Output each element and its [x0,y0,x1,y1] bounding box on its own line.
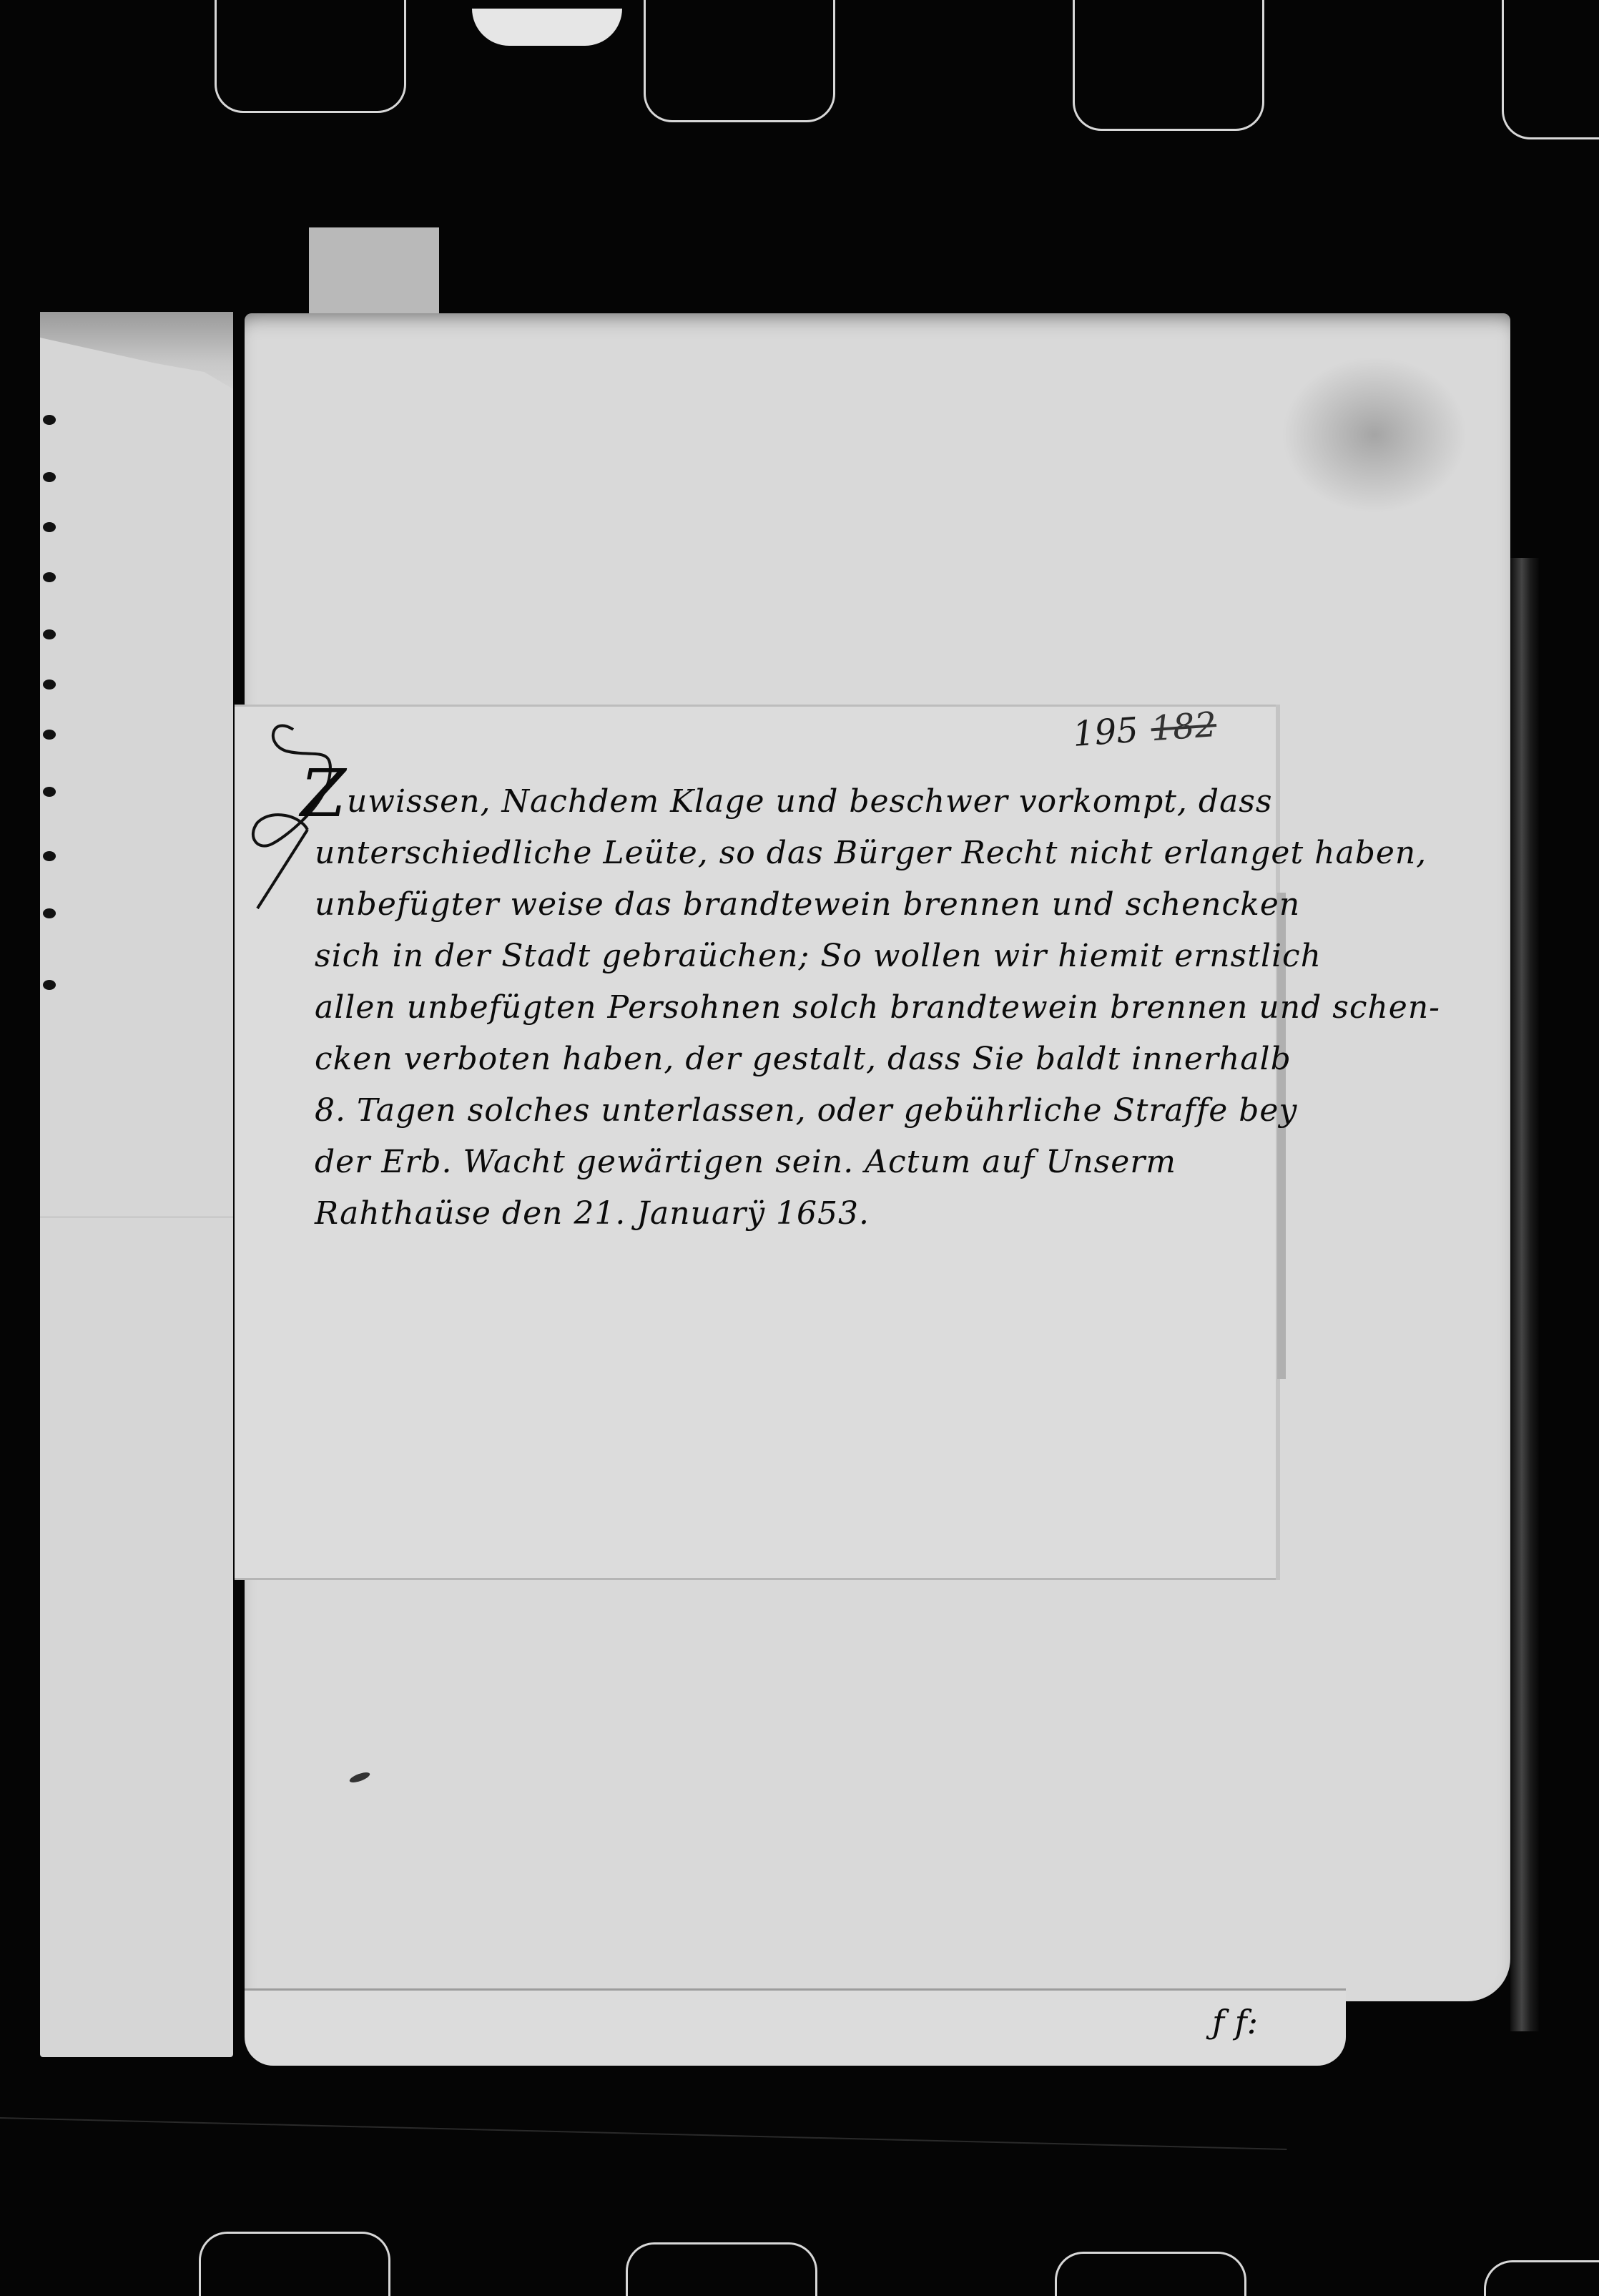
text-line-1: Zuwissen, Nachdem Klage und beschwer vor… [300,776,1244,828]
page-edges [1510,558,1539,2031]
text-line-8: der Erb. Wacht gewärtigen sein. Actum au… [315,1137,1244,1188]
initial-letter: Z [300,755,347,832]
film-sprocket-hole [1502,0,1599,139]
bottom-page-flap [245,1988,1346,2066]
paper-tab [472,9,622,46]
paper-tab-grey [309,227,439,313]
film-sprocket-hole [626,2242,817,2296]
fold-line [40,1217,233,1217]
torn-edge [40,312,233,398]
text-line-4: sich in der Stadt gebraüchen; So wollen … [315,931,1244,982]
film-sprocket-hole [1073,0,1264,131]
text-line-3: unbefügter weise das brandtewein brennen… [315,879,1244,931]
stain [1281,356,1467,514]
film-sprocket-hole [199,2232,390,2296]
film-scratch [0,2117,1286,2150]
text-line-2: unterschiedliche Leüte, so das Bürger Re… [315,828,1244,879]
handwritten-text: Zuwissen, Nachdem Klage und beschwer vor… [315,776,1244,1240]
text-line-5: allen unbefügten Persohnen solch brandte… [315,982,1244,1034]
film-sprocket-hole [644,0,835,122]
text-line-9: Rahthaüse den 21. Januarÿ 1653. [315,1188,1244,1240]
film-sprocket-hole [215,0,406,113]
text-line-6: cken verboten haben, der gestalt, dass S… [315,1034,1244,1085]
film-sprocket-hole [1055,2252,1246,2296]
adjacent-page-strip [40,312,233,2057]
binding-ink-marks [37,358,66,1287]
folio-struck: 182 [1150,705,1218,749]
folio-current: 195 [1071,710,1139,755]
text-line-7: 8. Tagen solches unterlassen, oder gebüh… [315,1085,1244,1137]
bottom-page-mark: ƒ f: [1212,2003,1258,2041]
film-sprocket-hole [1484,2260,1599,2296]
